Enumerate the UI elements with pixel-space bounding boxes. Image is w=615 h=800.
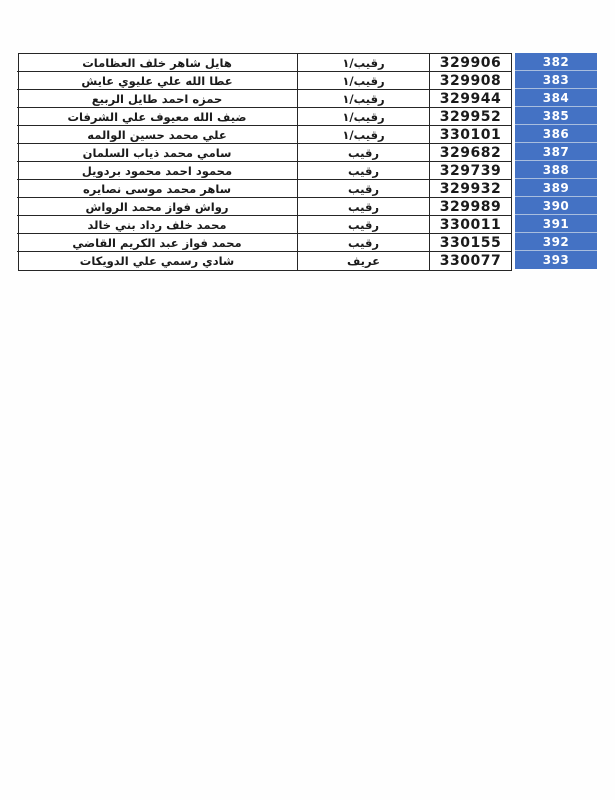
name-cell: ضيف الله معيوف علي الشرفات [17,108,297,126]
roster-table: 329906 رقيب/١ هايل شاهر خلف العظامات 329… [18,53,512,271]
serial-cell: 389 [515,179,597,197]
service-number-cell: 329739 [429,162,511,180]
serial-cell: 388 [515,161,597,179]
service-number-cell: 330011 [429,216,511,234]
rank-cell: رقيب/١ [297,108,429,126]
service-number-cell: 329682 [429,144,511,162]
serial-cell: 392 [515,233,597,251]
serial-cell: 393 [515,251,597,269]
service-number-cell: 330077 [429,252,511,270]
rank-cell: رقيب [297,234,429,252]
rank-cell: رقيب [297,162,429,180]
service-number-cell: 329944 [429,90,511,108]
name-cell: ساهر محمد موسى نصايره [17,180,297,198]
serial-cell: 385 [515,107,597,125]
rank-cell: عريف [297,252,429,270]
name-cell: شادي رسمي علي الدويكات [17,252,297,270]
serial-cell: 382 [515,53,597,71]
name-cell: عطا الله علي عليوي عايش [17,72,297,90]
serial-cell: 391 [515,215,597,233]
name-cell: سامي محمد ذياب السلمان [17,144,297,162]
name-cell: محمد فواز عبد الكريم القاضي [17,234,297,252]
service-number-cell: 329952 [429,108,511,126]
rank-cell: رقيب/١ [297,90,429,108]
rank-cell: رقيب [297,198,429,216]
rank-cell: رقيب [297,216,429,234]
serial-cell: 384 [515,89,597,107]
service-number-cell: 330155 [429,234,511,252]
service-number-cell: 329906 [429,54,511,72]
serial-cell: 390 [515,197,597,215]
serial-number-column: 382 383 384 385 386 387 388 389 390 391 … [515,53,597,269]
rank-cell: رقيب/١ [297,54,429,72]
serial-cell: 386 [515,125,597,143]
rank-cell: رقيب/١ [297,126,429,144]
name-cell: رواش فواز محمد الرواش [17,198,297,216]
name-cell: هايل شاهر خلف العظامات [17,54,297,72]
serial-cell: 383 [515,71,597,89]
name-cell: حمزه احمد طايل الربيع [17,90,297,108]
service-number-cell: 329989 [429,198,511,216]
service-number-cell: 330101 [429,126,511,144]
rank-cell: رقيب/١ [297,72,429,90]
rank-cell: رقيب [297,180,429,198]
service-number-cell: 329908 [429,72,511,90]
name-cell: علي محمد حسين الوالمه [17,126,297,144]
service-number-cell: 329932 [429,180,511,198]
name-cell: محمد خلف رداد بني خالد [17,216,297,234]
document-page: 329906 رقيب/١ هايل شاهر خلف العظامات 329… [0,0,615,800]
rank-cell: رقيب [297,144,429,162]
serial-cell: 387 [515,143,597,161]
name-cell: محمود احمد محمود بردويل [17,162,297,180]
